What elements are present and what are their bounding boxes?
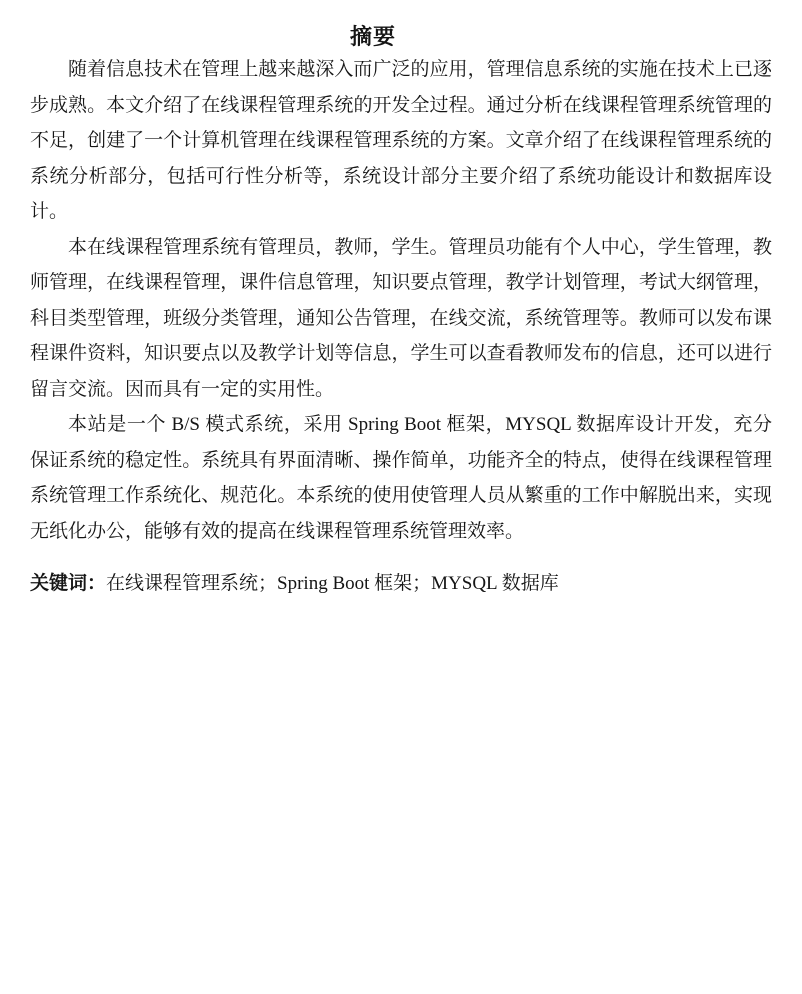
- abstract-body: 随着信息技术在管理上越来越深入而广泛的应用，管理信息系统的实施在技术上已逐步成熟…: [30, 52, 772, 549]
- keywords-line: 关键词：在线课程管理系统；Spring Boot 框架；MYSQL 数据库: [30, 566, 772, 602]
- abstract-paragraph-3: 本站是一个 B/S 模式系统，采用 Spring Boot 框架，MYSQL 数…: [30, 407, 772, 549]
- abstract-paragraph-2: 本在线课程管理系统有管理员，教师，学生。管理员功能有个人中心，学生管理，教师管理…: [30, 230, 772, 408]
- abstract-page: 摘要 随着信息技术在管理上越来越深入而广泛的应用，管理信息系统的实施在技术上已逐…: [0, 0, 802, 994]
- keywords-label: 关键词：: [30, 573, 106, 594]
- abstract-paragraph-1: 随着信息技术在管理上越来越深入而广泛的应用，管理信息系统的实施在技术上已逐步成熟…: [30, 52, 772, 230]
- keywords-content: 在线课程管理系统；Spring Boot 框架；MYSQL 数据库: [106, 573, 559, 594]
- abstract-title: 摘要: [30, 22, 772, 52]
